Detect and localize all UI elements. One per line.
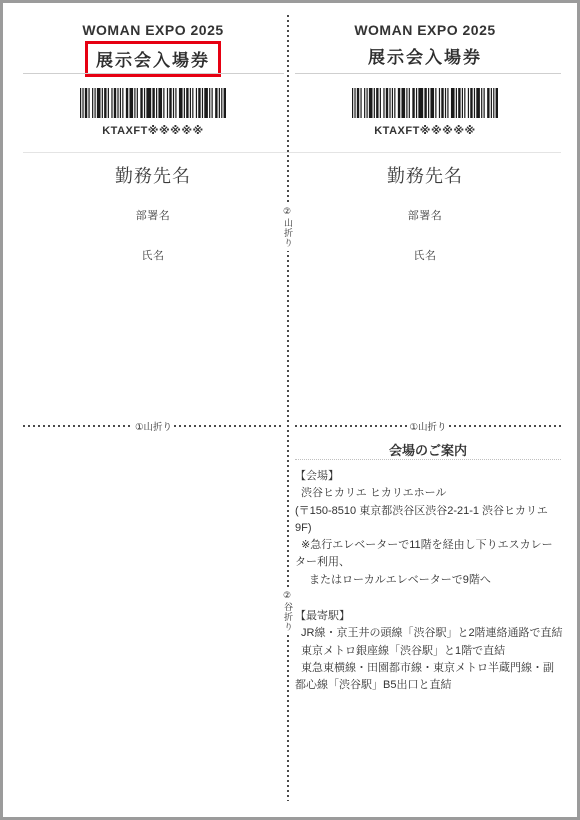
separator-under-subtitle-right [295,73,561,74]
company-name-field: 勤務先名 [294,162,556,188]
ticket-page: WOMAN EXPO 2025 展示会入場券 KTAXFT※※※※※ 勤務先名 … [0,0,580,820]
fold-line-vertical [287,15,289,801]
venue-guide-heading: 会場のご案内 [295,440,561,459]
ticket-subtitle-row: 展示会入場券 [294,41,556,71]
fold-label-vertical-bottom: ②谷折り [280,588,296,635]
barcode-value: KTAXFT※※※※※ [294,124,556,137]
company-name-field: 勤務先名 [22,162,284,188]
ticket-left: WOMAN EXPO 2025 展示会入場券 KTAXFT※※※※※ 勤務先名 … [22,3,284,433]
venue-line: ※急行エレベーターで11階を経由し下りエスカレーター利用、 [295,537,563,572]
ticket-subtitle: 展示会入場券 [360,41,490,71]
fold-line-horizontal-left: ①山折り [23,419,284,433]
separator-under-barcode [23,152,561,153]
station-line: 東京メトロ銀座線「渋谷駅」と1階で直結 [295,643,563,660]
expo-title: WOMAN EXPO 2025 [294,22,556,38]
barcode-value: KTAXFT※※※※※ [22,124,284,137]
fold-label-vertical-top: ②山折り [280,204,296,251]
fold-line-horizontal-right: ①山折り [295,419,561,433]
fold-dots [23,425,133,427]
expo-title: WOMAN EXPO 2025 [22,22,284,38]
fold-label-horizontal-right: ①山折り [407,419,448,433]
barcode-image [352,88,498,118]
venue-line: 渋谷ヒカリエ ヒカリエホール [295,485,563,502]
name-field: 氏名 [22,247,284,263]
department-field: 部署名 [22,207,284,223]
fold-dots [295,425,407,427]
station-section-label: 【最寄駅】 [295,608,563,625]
fold-label-horizontal-left: ①山折り [133,419,174,433]
section-spacer [295,589,563,608]
ticket-subtitle-row: 展示会入場券 [22,41,284,77]
fold-dots [449,425,561,427]
name-field: 氏名 [294,247,556,263]
separator-under-subtitle-left [23,73,284,74]
separator-under-venue-heading [295,459,561,460]
station-line: JR線・京王井の頭線「渋谷駅」と2階連絡通路で直結 [295,625,563,642]
ticket-subtitle-highlight-box: 展示会入場券 [85,41,221,77]
barcode-image [80,88,226,118]
station-line: 東急東横線・田園都市線・東京メトロ半蔵門線・副都心線「渋谷駅」B5出口と直結 [295,660,563,695]
ticket-right: WOMAN EXPO 2025 展示会入場券 KTAXFT※※※※※ 勤務先名 … [294,3,556,433]
venue-line: またはローカルエレベーターで9階へ [295,572,563,589]
venue-info-block: 【会場】 渋谷ヒカリエ ヒカリエホール (〒150-8510 東京都渋谷区渋谷2… [295,468,563,695]
venue-section-label: 【会場】 [295,468,563,485]
venue-line: (〒150-8510 東京都渋谷区渋谷2-21-1 渋谷ヒカリエ 9F) [295,503,563,538]
department-field: 部署名 [294,207,556,223]
fold-dots [174,425,284,427]
